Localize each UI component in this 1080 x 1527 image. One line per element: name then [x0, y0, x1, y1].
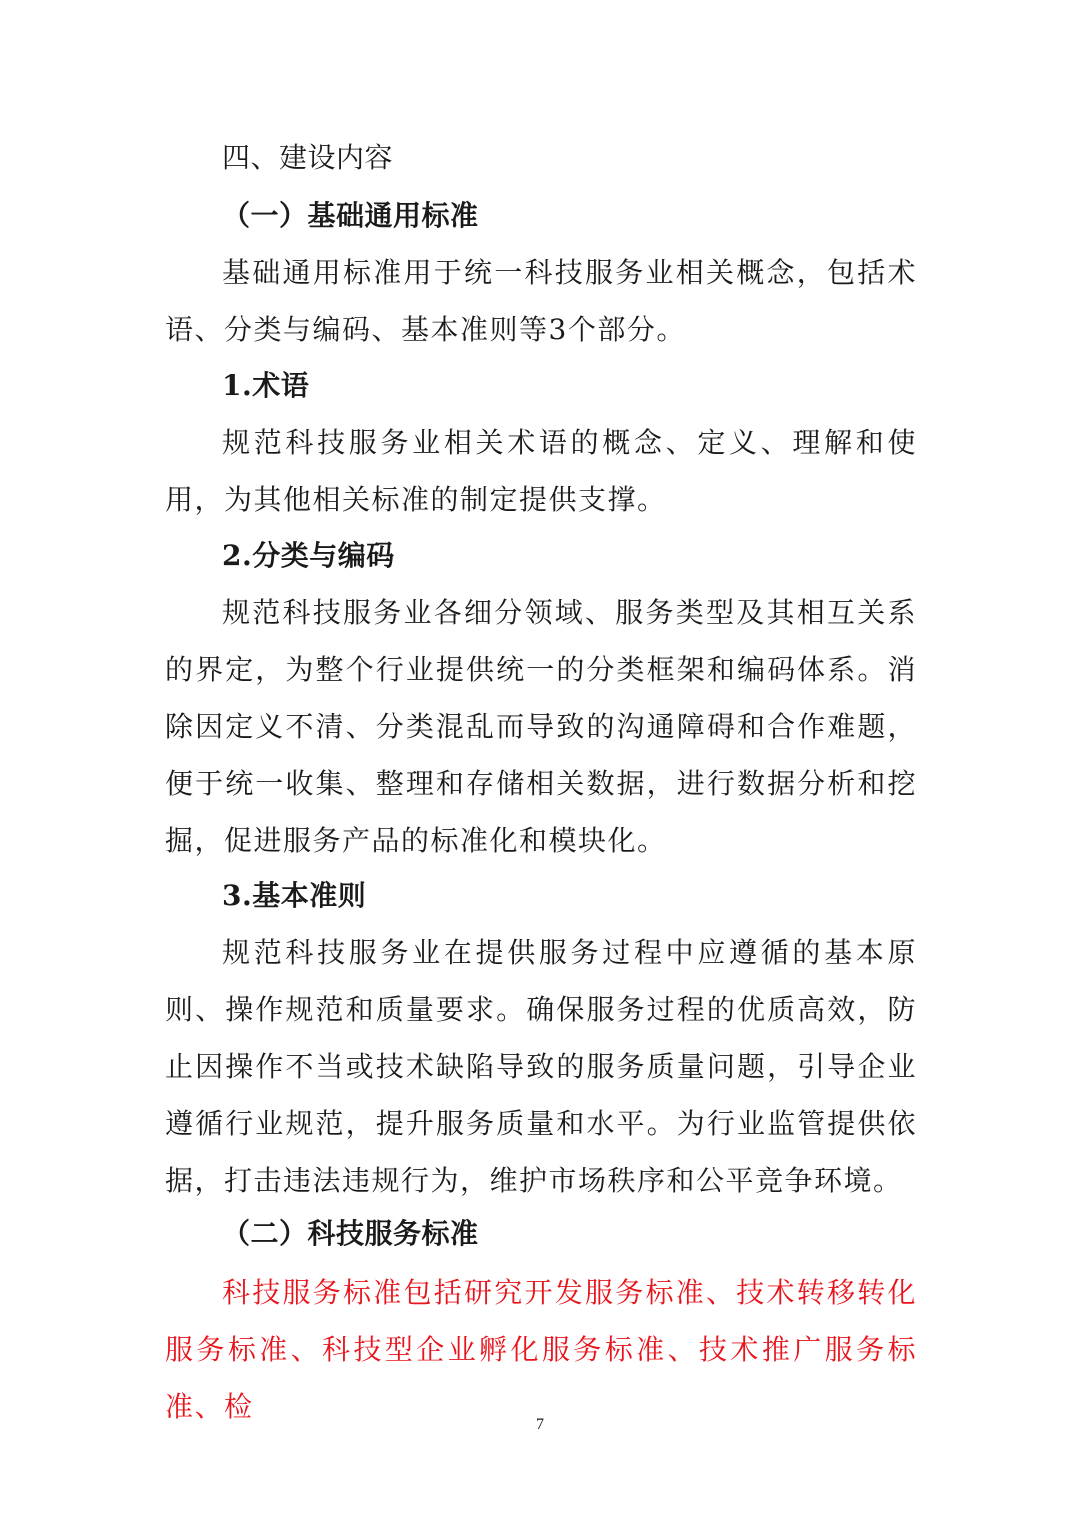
item-title-basic-principles: 3.基本准则	[222, 876, 366, 916]
section-title: 四、建设内容	[222, 138, 393, 178]
paragraph-basic-principles: 规范科技服务业在提供服务过程中应遵循的基本原则、操作规范和质量要求。确保服务过程…	[165, 924, 917, 1209]
paragraph-classification-coding: 规范科技服务业各细分领域、服务类型及其相互关系的界定，为整个行业提供统一的分类框…	[165, 584, 917, 869]
page-number: 7	[0, 1416, 1080, 1434]
subsection-title-basic-standards: （一）基础通用标准	[222, 196, 479, 236]
document-page: 四、建设内容 （一）基础通用标准 基础通用标准用于统一科技服务业相关概念，包括术…	[0, 0, 1080, 1527]
paragraph-tech-service-standards-highlighted: 科技服务标准包括研究开发服务标准、技术转移转化服务标准、科技型企业孵化服务标准、…	[165, 1264, 917, 1435]
item-title-terminology: 1.术语	[222, 366, 309, 406]
paragraph-terminology: 规范科技服务业相关术语的概念、定义、理解和使用，为其他相关标准的制定提供支撑。	[165, 414, 917, 528]
subsection-title-tech-service-standards: （二）科技服务标准	[222, 1214, 479, 1254]
paragraph-basic-standards-intro: 基础通用标准用于统一科技服务业相关概念，包括术语、分类与编码、基本准则等3个部分…	[165, 244, 917, 358]
item-title-classification-coding: 2.分类与编码	[222, 536, 395, 576]
